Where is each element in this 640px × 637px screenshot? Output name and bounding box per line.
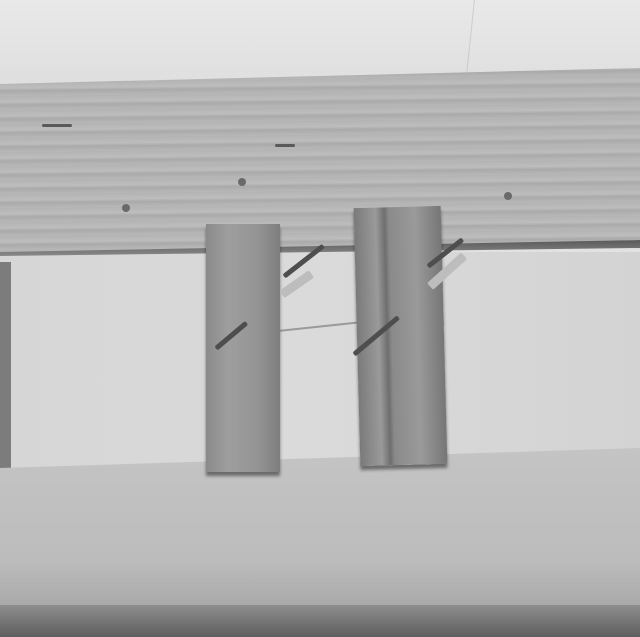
wood-knot xyxy=(238,178,246,186)
photo-scene: Two old wooden moulding planes with wedg… xyxy=(0,0,640,637)
beam-slot xyxy=(275,144,295,147)
wood-knot xyxy=(122,204,130,212)
wooden-beam xyxy=(0,68,640,258)
right-moulding-plane xyxy=(354,206,448,466)
wood-knot xyxy=(504,192,512,200)
beam-slot xyxy=(42,124,72,127)
plaster-wall xyxy=(0,252,640,472)
wooden-post xyxy=(0,262,11,468)
shelf-edge xyxy=(0,605,640,637)
